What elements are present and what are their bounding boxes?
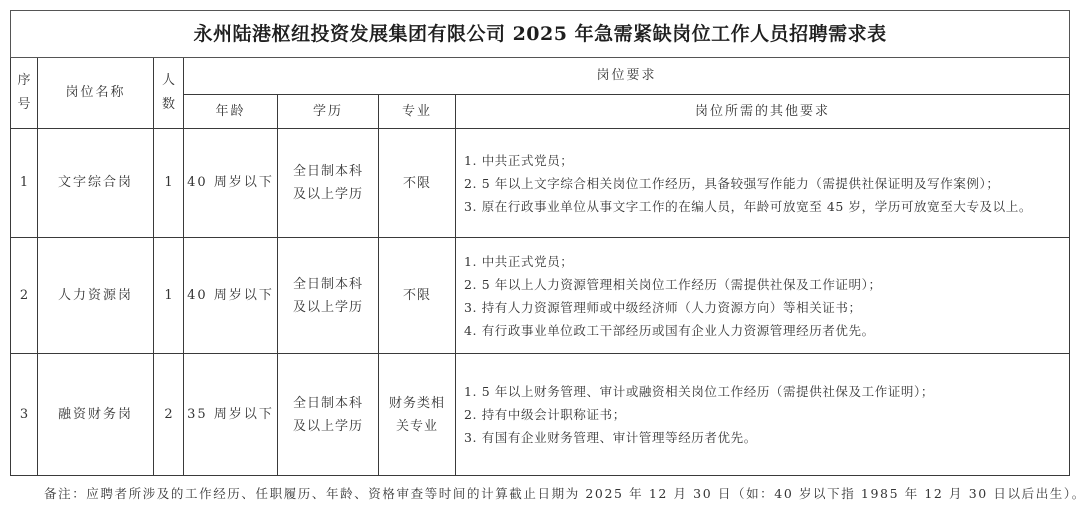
table-row: 3 融资财务岗 2 35 周岁以下 全日制本科及以上学历 财务类相关专业 1. … [11,354,1070,476]
header-seq: 序号 [11,58,38,129]
header-headcount-label: 人数 [162,69,176,117]
cell-other-requirements: 1. 中共正式党员； 2. 5 年以上人力资源管理相关岗位工作经历（需提供社保及… [456,238,1070,354]
cell-other-requirements: 1. 5 年以上财务管理、审计或融资相关岗位工作经历（需提供社保及工作证明）； … [456,354,1070,476]
header-major: 专业 [379,95,456,129]
cell-major-text: 财务类相关专业 [386,392,448,438]
requirement-item: 4. 有行政事业单位政工干部经历或国有企业人力资源管理经历者优先。 [464,319,1063,342]
table-row: 1 文字综合岗 1 40 周岁以下 全日制本科及以上学历 不限 1. 中共正式党… [11,129,1070,238]
cell-education-text: 全日制本科及以上学历 [288,392,368,438]
document-title: 永州陆港枢纽投资发展集团有限公司 2025 年急需紧缺岗位工作人员招聘需求表 [11,11,1070,58]
recruitment-table: 永州陆港枢纽投资发展集团有限公司 2025 年急需紧缺岗位工作人员招聘需求表 序… [10,10,1070,476]
requirement-item: 3. 有国有企业财务管理、审计管理等经历者优先。 [464,426,1063,449]
cell-education: 全日制本科及以上学历 [278,354,379,476]
requirements-list: 1. 中共正式党员； 2. 5 年以上文字综合相关岗位工作经历，具备较强写作能力… [464,149,1063,218]
cell-seq: 2 [11,238,38,354]
cell-age: 35 周岁以下 [184,354,278,476]
cell-major: 财务类相关专业 [379,354,456,476]
requirements-list: 1. 5 年以上财务管理、审计或融资相关岗位工作经历（需提供社保及工作证明）； … [464,380,1063,449]
header-age: 年龄 [184,95,278,129]
cell-education-text: 全日制本科及以上学历 [288,273,368,319]
header-other-requirements: 岗位所需的其他要求 [456,95,1070,129]
header-seq-label: 序号 [17,69,31,117]
cell-position-name: 文字综合岗 [38,129,154,238]
requirement-item: 1. 中共正式党员； [464,149,1063,172]
requirement-item: 1. 5 年以上财务管理、审计或融资相关岗位工作经历（需提供社保及工作证明）； [464,380,1063,403]
cell-major: 不限 [379,129,456,238]
cell-position-name: 人力资源岗 [38,238,154,354]
cell-major-text: 不限 [386,172,448,195]
cell-age: 40 周岁以下 [184,238,278,354]
requirement-item: 2. 5 年以上文字综合相关岗位工作经历，具备较强写作能力（需提供社保证明及写作… [464,172,1063,195]
requirements-list: 1. 中共正式党员； 2. 5 年以上人力资源管理相关岗位工作经历（需提供社保及… [464,250,1063,342]
header-requirements-group: 岗位要求 [184,58,1070,95]
requirement-item: 2. 5 年以上人力资源管理相关岗位工作经历（需提供社保及工作证明）； [464,273,1063,296]
cell-seq: 1 [11,129,38,238]
cell-major: 不限 [379,238,456,354]
cell-headcount: 1 [154,129,184,238]
header-education: 学历 [278,95,379,129]
header-position-name: 岗位名称 [38,58,154,129]
header-headcount: 人数 [154,58,184,129]
cell-age: 40 周岁以下 [184,129,278,238]
cell-major-text: 不限 [386,284,448,307]
cell-position-name: 融资财务岗 [38,354,154,476]
requirement-item: 1. 中共正式党员； [464,250,1063,273]
cell-other-requirements: 1. 中共正式党员； 2. 5 年以上文字综合相关岗位工作经历，具备较强写作能力… [456,129,1070,238]
cell-seq: 3 [11,354,38,476]
requirement-item: 3. 持有人力资源管理师或中级经济师（人力资源方向）等相关证书； [464,296,1063,319]
cell-education-text: 全日制本科及以上学历 [288,160,368,206]
cell-education: 全日制本科及以上学历 [278,238,379,354]
recruitment-sheet: 永州陆港枢纽投资发展集团有限公司 2025 年急需紧缺岗位工作人员招聘需求表 序… [10,10,1069,476]
cell-headcount: 2 [154,354,184,476]
footnote: 备注：应聘者所涉及的工作经历、任职履历、年龄、资格审查等时间的计算截止日期为 2… [44,484,1080,502]
cell-education: 全日制本科及以上学历 [278,129,379,238]
requirement-item: 2. 持有中级会计职称证书； [464,403,1063,426]
requirement-item: 3. 原在行政事业单位从事文字工作的在编人员，年龄可放宽至 45 岁，学历可放宽… [464,195,1063,218]
table-row: 2 人力资源岗 1 40 周岁以下 全日制本科及以上学历 不限 1. 中共正式党… [11,238,1070,354]
cell-headcount: 1 [154,238,184,354]
